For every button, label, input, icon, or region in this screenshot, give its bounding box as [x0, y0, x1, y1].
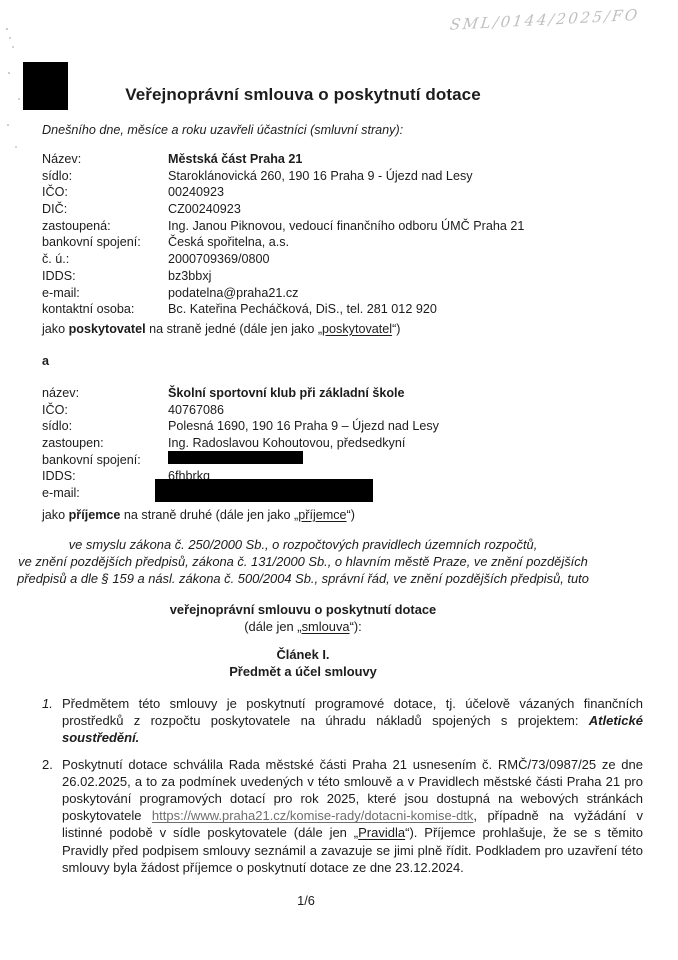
field-value: 00240923	[168, 185, 224, 199]
table-row: IČO:40767086	[42, 403, 439, 420]
field-label: e-mail:	[42, 486, 168, 500]
defined-term-smlouva: smlouva	[302, 619, 350, 634]
role-text: na straně druhé (dále jen jako „	[120, 508, 298, 522]
role-text: jako	[42, 322, 69, 336]
provider-info-table: Název:Městská část Praha 21 sídlo:Starok…	[42, 152, 524, 319]
article-title: Předmět a účel smlouvy	[0, 664, 606, 681]
conjunction-a: a	[42, 354, 49, 368]
field-label: DIČ:	[42, 202, 168, 216]
field-label: IČO:	[42, 403, 168, 417]
table-row: zastoupená:Ing. Janou Piknovou, vedoucí …	[42, 219, 524, 236]
handwritten-reference-number: SML/0144/2025/FO	[449, 4, 671, 34]
paragraph-text: Předmětem této smlouvy je poskytnutí pro…	[62, 696, 643, 728]
field-label: zastoupená:	[42, 219, 168, 233]
legal-clause: ve smyslu zákona č. 250/2000 Sb., o rozp…	[0, 536, 606, 588]
table-row: sídlo:Staroklánovická 260, 190 16 Praha …	[42, 169, 524, 186]
field-label: bankovní spojení:	[42, 235, 168, 249]
contract-heading: veřejnoprávní smlouvu o poskytnutí dotac…	[0, 601, 606, 635]
article-body: 1.Předmětem této smlouvy je poskytnutí p…	[42, 695, 643, 876]
table-row: bankovní spojení:Česká spořitelna, a.s.	[42, 235, 524, 252]
redaction-block-bank-account	[168, 451, 303, 464]
field-value: Bc. Kateřina Pecháčková, DiS., tel. 281 …	[168, 302, 437, 316]
document-title: Veřejnoprávní smlouva o poskytnutí dotac…	[0, 85, 606, 105]
rules-link[interactable]: https://www.praha21.cz/komise-rady/dotac…	[152, 808, 474, 823]
table-row: č. ú.:2000709369/0800	[42, 252, 524, 269]
role-term: poskytovatel	[69, 322, 146, 336]
intro-line: Dnešního dne, měsíce a roku uzavřeli úča…	[42, 123, 403, 137]
defined-term-pravidla: Pravidla	[358, 825, 405, 840]
provider-role-line: jako poskytovatel na straně jedné (dále …	[42, 322, 400, 336]
field-value: podatelna@praha21.cz	[168, 286, 298, 300]
scan-artifacts	[6, 28, 8, 30]
field-value: bz3bbxj	[168, 269, 211, 283]
recipient-role-line: jako příjemce na straně druhé (dále jen …	[42, 508, 355, 522]
paragraph-number: 1.	[42, 695, 53, 712]
field-value: Městská část Praha 21	[168, 152, 302, 166]
paragraph-number: 2.	[42, 756, 53, 773]
field-label: IDDS:	[42, 469, 168, 483]
field-label: IČO:	[42, 185, 168, 199]
field-label: bankovní spojení:	[42, 453, 168, 467]
field-value: Ing. Janou Piknovou, vedoucí finančního …	[168, 219, 524, 233]
table-row: DIČ:CZ00240923	[42, 202, 524, 219]
subtitle-text: “):	[350, 619, 362, 634]
redaction-block-email	[155, 479, 373, 502]
field-value: CZ00240923	[168, 202, 241, 216]
field-value: 2000709369/0800	[168, 252, 270, 266]
legal-clause-line: ve znění pozdějších předpisů, zákona č. …	[0, 553, 606, 570]
field-value: Polesná 1690, 190 16 Praha 9 – Újezd nad…	[168, 419, 439, 433]
field-label: č. ú.:	[42, 252, 168, 266]
subtitle-text: (dále jen „	[244, 619, 301, 634]
role-text: na straně jedné (dále jen jako „	[146, 322, 322, 336]
field-value: Staroklánovická 260, 190 16 Praha 9 - Új…	[168, 169, 473, 183]
role-defined-term: příjemce	[298, 508, 346, 522]
legal-clause-line: ve smyslu zákona č. 250/2000 Sb., o rozp…	[0, 536, 606, 553]
contract-heading-subtitle: (dále jen „smlouva“):	[0, 618, 606, 635]
paragraph-2: 2.Poskytnutí dotace schválila Rada městs…	[42, 756, 643, 876]
field-value: Česká spořitelna, a.s.	[168, 235, 289, 249]
article-heading: Článek I. Předmět a účel smlouvy	[0, 647, 606, 680]
field-label: zastoupen:	[42, 436, 168, 450]
role-defined-term: poskytovatel	[322, 322, 392, 336]
role-text: “)	[392, 322, 400, 336]
table-row: e-mail:	[42, 486, 439, 503]
recipient-info-table: název:Školní sportovní klub při základní…	[42, 386, 439, 503]
table-row: e-mail:podatelna@praha21.cz	[42, 286, 524, 303]
role-text: jako	[42, 508, 69, 522]
field-value: Ing. Radoslavou Kohoutovou, předsedkyní	[168, 436, 405, 450]
table-row: název:Školní sportovní klub při základní…	[42, 386, 439, 403]
legal-clause-line: předpisů a dle § 159 a násl. zákona č. 5…	[0, 570, 606, 587]
field-value: Školní sportovní klub při základní škole	[168, 386, 405, 400]
role-term: příjemce	[69, 508, 121, 522]
field-label: IDDS:	[42, 269, 168, 283]
field-label: sídlo:	[42, 169, 168, 183]
table-row: kontaktní osoba:Bc. Kateřina Pecháčková,…	[42, 302, 524, 319]
contract-heading-title: veřejnoprávní smlouvu o poskytnutí dotac…	[0, 601, 606, 618]
article-number: Článek I.	[0, 647, 606, 664]
field-value: 40767086	[168, 403, 224, 417]
table-row: IČO:00240923	[42, 185, 524, 202]
page-number: 1/6	[0, 893, 612, 908]
paragraph-1: 1.Předmětem této smlouvy je poskytnutí p…	[42, 695, 643, 747]
table-row: Název:Městská část Praha 21	[42, 152, 524, 169]
table-row: sídlo:Polesná 1690, 190 16 Praha 9 – Úje…	[42, 419, 439, 436]
field-label: kontaktní osoba:	[42, 302, 168, 316]
field-label: sídlo:	[42, 419, 168, 433]
field-label: e-mail:	[42, 286, 168, 300]
field-label: Název:	[42, 152, 168, 166]
field-label: název:	[42, 386, 168, 400]
role-text: “)	[347, 508, 355, 522]
table-row: bankovní spojení:	[42, 453, 439, 470]
table-row: IDDS:bz3bbxj	[42, 269, 524, 286]
